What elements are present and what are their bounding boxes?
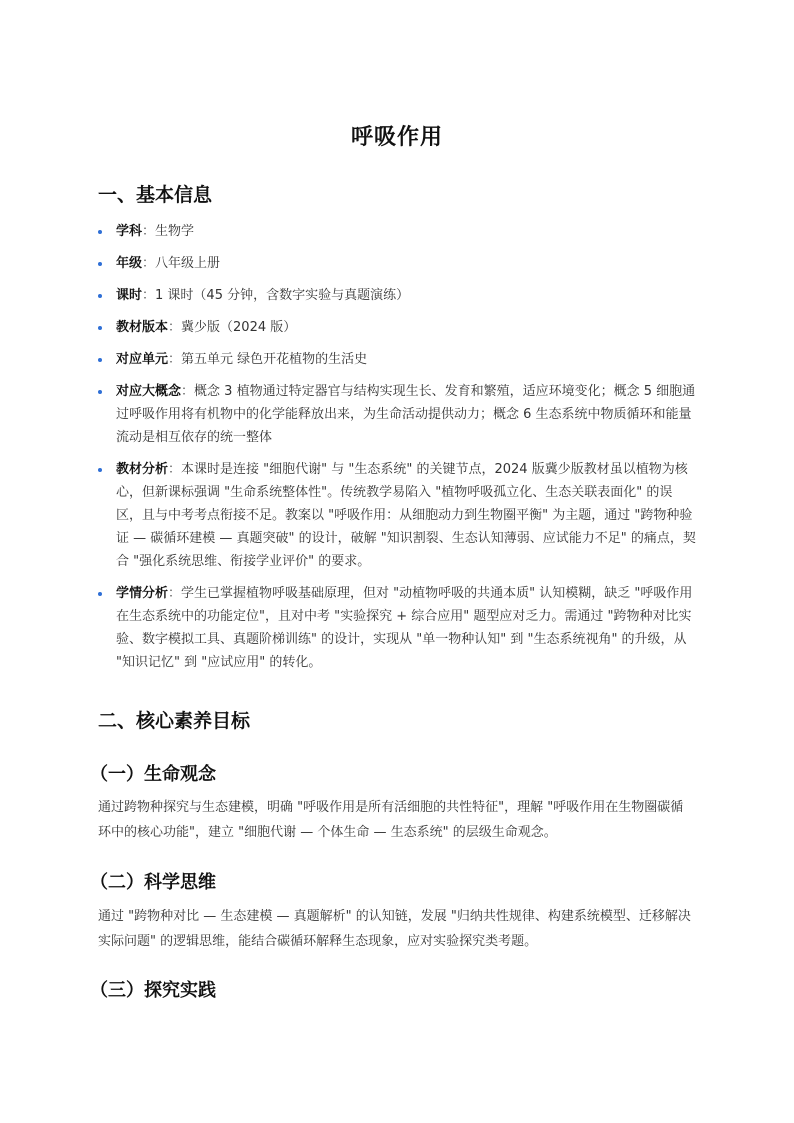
bullet-icon xyxy=(98,468,102,472)
list-item-class-hours: 课时：1 课时（45 分钟，含数字实验与真题演练） xyxy=(98,284,696,307)
item-value: 生物学 xyxy=(155,224,194,239)
list-item-unit: 对应单元：第五单元 绿色开花植物的生活史 xyxy=(98,348,696,371)
bullet-icon xyxy=(98,230,102,234)
item-value: 学生已掌握植物呼吸基础原理，但对 "动植物呼吸的共通本质" 认知模糊，缺乏 "呼… xyxy=(116,586,692,670)
item-label: 教材版本 xyxy=(116,320,168,335)
item-value: 1 课时（45 分钟，含数字实验与真题演练） xyxy=(155,288,409,303)
list-item-grade: 年级：八年级上册 xyxy=(98,252,696,275)
bullet-icon xyxy=(98,358,102,362)
item-separator: ： xyxy=(142,288,155,303)
item-label: 对应单元 xyxy=(116,352,168,367)
item-label: 学情分析 xyxy=(116,586,168,601)
item-separator: ： xyxy=(168,320,181,335)
item-separator: ： xyxy=(142,224,155,239)
bullet-icon xyxy=(98,294,102,298)
list-item-textbook-analysis: 教材分析：本课时是连接 "细胞代谢" 与 "生态系统" 的关键节点，2024 版… xyxy=(98,458,696,573)
item-label: 对应大概念 xyxy=(116,384,181,399)
subsection-heading-scientific-thinking: （二）科学思维 xyxy=(90,868,216,894)
item-value: 冀少版（2024 版） xyxy=(181,320,296,335)
bullet-icon xyxy=(98,390,102,394)
item-separator: ： xyxy=(142,256,155,271)
list-item-subject: 学科：生物学 xyxy=(98,220,696,243)
item-value: 本课时是连接 "细胞代谢" 与 "生态系统" 的关键节点，2024 版冀少版教材… xyxy=(116,462,696,569)
item-separator: ： xyxy=(168,462,181,477)
basic-info-list: 学科：生物学 年级：八年级上册 课时：1 课时（45 分钟，含数字实验与真题演练… xyxy=(98,220,696,683)
item-label: 学科 xyxy=(116,224,142,239)
bullet-icon xyxy=(98,326,102,330)
subsection-heading-life-concept: （一）生命观念 xyxy=(90,760,216,786)
section-heading-basic-info: 一、基本信息 xyxy=(98,180,212,207)
list-item-textbook-edition: 教材版本：冀少版（2024 版） xyxy=(98,316,696,339)
item-value: 第五单元 绿色开花植物的生活史 xyxy=(181,352,367,367)
item-value: 八年级上册 xyxy=(155,256,220,271)
document-title: 呼吸作用 xyxy=(98,120,696,151)
bullet-icon xyxy=(98,592,102,596)
item-value: 概念 3 植物通过特定器官与结构实现生长、发育和繁殖，适应环境变化；概念 5 细… xyxy=(116,384,695,445)
paragraph-life-concept: 通过跨物种探究与生态建模，明确 "呼吸作用是所有活细胞的共性特征"，理解 "呼吸… xyxy=(98,795,696,845)
paragraph-scientific-thinking: 通过 "跨物种对比 — 生态建模 — 真题解析" 的认知链，发展 "归纳共性规律… xyxy=(98,904,696,954)
item-separator: ： xyxy=(168,586,181,601)
section-heading-core-literacy: 二、核心素养目标 xyxy=(98,706,250,733)
item-separator: ： xyxy=(181,384,194,399)
list-item-student-analysis: 学情分析：学生已掌握植物呼吸基础原理，但对 "动植物呼吸的共通本质" 认知模糊，… xyxy=(98,582,696,674)
subsection-heading-inquiry-practice: （三）探究实践 xyxy=(90,976,216,1002)
bullet-icon xyxy=(98,262,102,266)
item-label: 年级 xyxy=(116,256,142,271)
item-label: 课时 xyxy=(116,288,142,303)
item-label: 教材分析 xyxy=(116,462,168,477)
list-item-big-concepts: 对应大概念：概念 3 植物通过特定器官与结构实现生长、发育和繁殖，适应环境变化；… xyxy=(98,380,696,449)
item-separator: ： xyxy=(168,352,181,367)
